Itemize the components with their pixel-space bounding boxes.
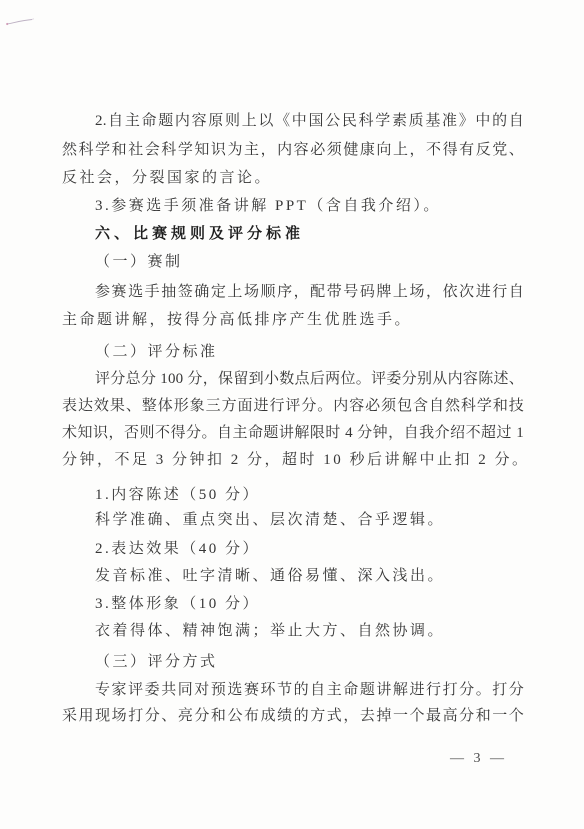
subsection-heading: （三）评分方式: [62, 651, 524, 675]
doc-line: 衣着得体、精神饱满；举止大方、自然协调。: [62, 620, 524, 644]
pencil-mark: [5, 15, 37, 29]
doc-line: 评分总分 100 分，保留到小数点后两位。评委分别从内容陈述、: [62, 368, 524, 392]
doc-line: 参赛选手抽签确定上场顺序，配带号码牌上场，依次进行自: [62, 281, 524, 305]
list-item-heading: 3.整体形象（10 分）: [62, 593, 524, 617]
doc-line: 2.自主命题内容原则上以《中国公民科学素质基准》中的自: [62, 110, 524, 134]
doc-line: 3.参赛选手须准备讲解 PPT（含自我介绍）。: [62, 195, 524, 219]
doc-line: 采用现场打分、亮分和公布成绩的方式，去掉一个最高分和一个: [62, 705, 524, 729]
document-page: 2.自主命题内容原则上以《中国公民科学素质基准》中的自 然科学和社会科学知识为主…: [0, 0, 584, 829]
list-item-heading: 1.内容陈述（50 分）: [62, 484, 524, 508]
doc-line: 反社会，分裂国家的言论。: [62, 167, 524, 191]
doc-line: 主命题讲解，按得分高低排序产生优胜选手。: [62, 309, 524, 333]
page-number: — 3 —: [450, 751, 507, 767]
doc-line: 然科学和社会科学知识为主，内容必须健康向上，不得有反党、: [62, 139, 524, 163]
subsection-heading: （一）赛制: [62, 251, 524, 275]
doc-line: 分钟，不足 3 分钟扣 2 分，超时 10 秒后讲解中止扣 2 分。: [62, 449, 524, 473]
list-item-heading: 2.表达效果（40 分）: [62, 538, 524, 562]
section-heading: 六、比赛规则及评分标准: [62, 223, 524, 247]
doc-line: 发音标准、吐字清晰、通俗易懂、深入浅出。: [62, 565, 524, 589]
doc-line: 表达效果、整体形象三方面进行评分。内容必须包含自然科学和技: [62, 395, 524, 419]
subsection-heading: （二）评分标准: [62, 341, 524, 365]
doc-line: 术知识，否则不得分。自主命题讲解限时 4 分钟，自我介绍不超过 1: [62, 422, 524, 446]
doc-line: 科学准确、重点突出、层次清楚、合乎逻辑。: [62, 509, 524, 533]
doc-line: 专家评委共同对预选赛环节的自主命题讲解进行打分。打分: [62, 679, 524, 703]
